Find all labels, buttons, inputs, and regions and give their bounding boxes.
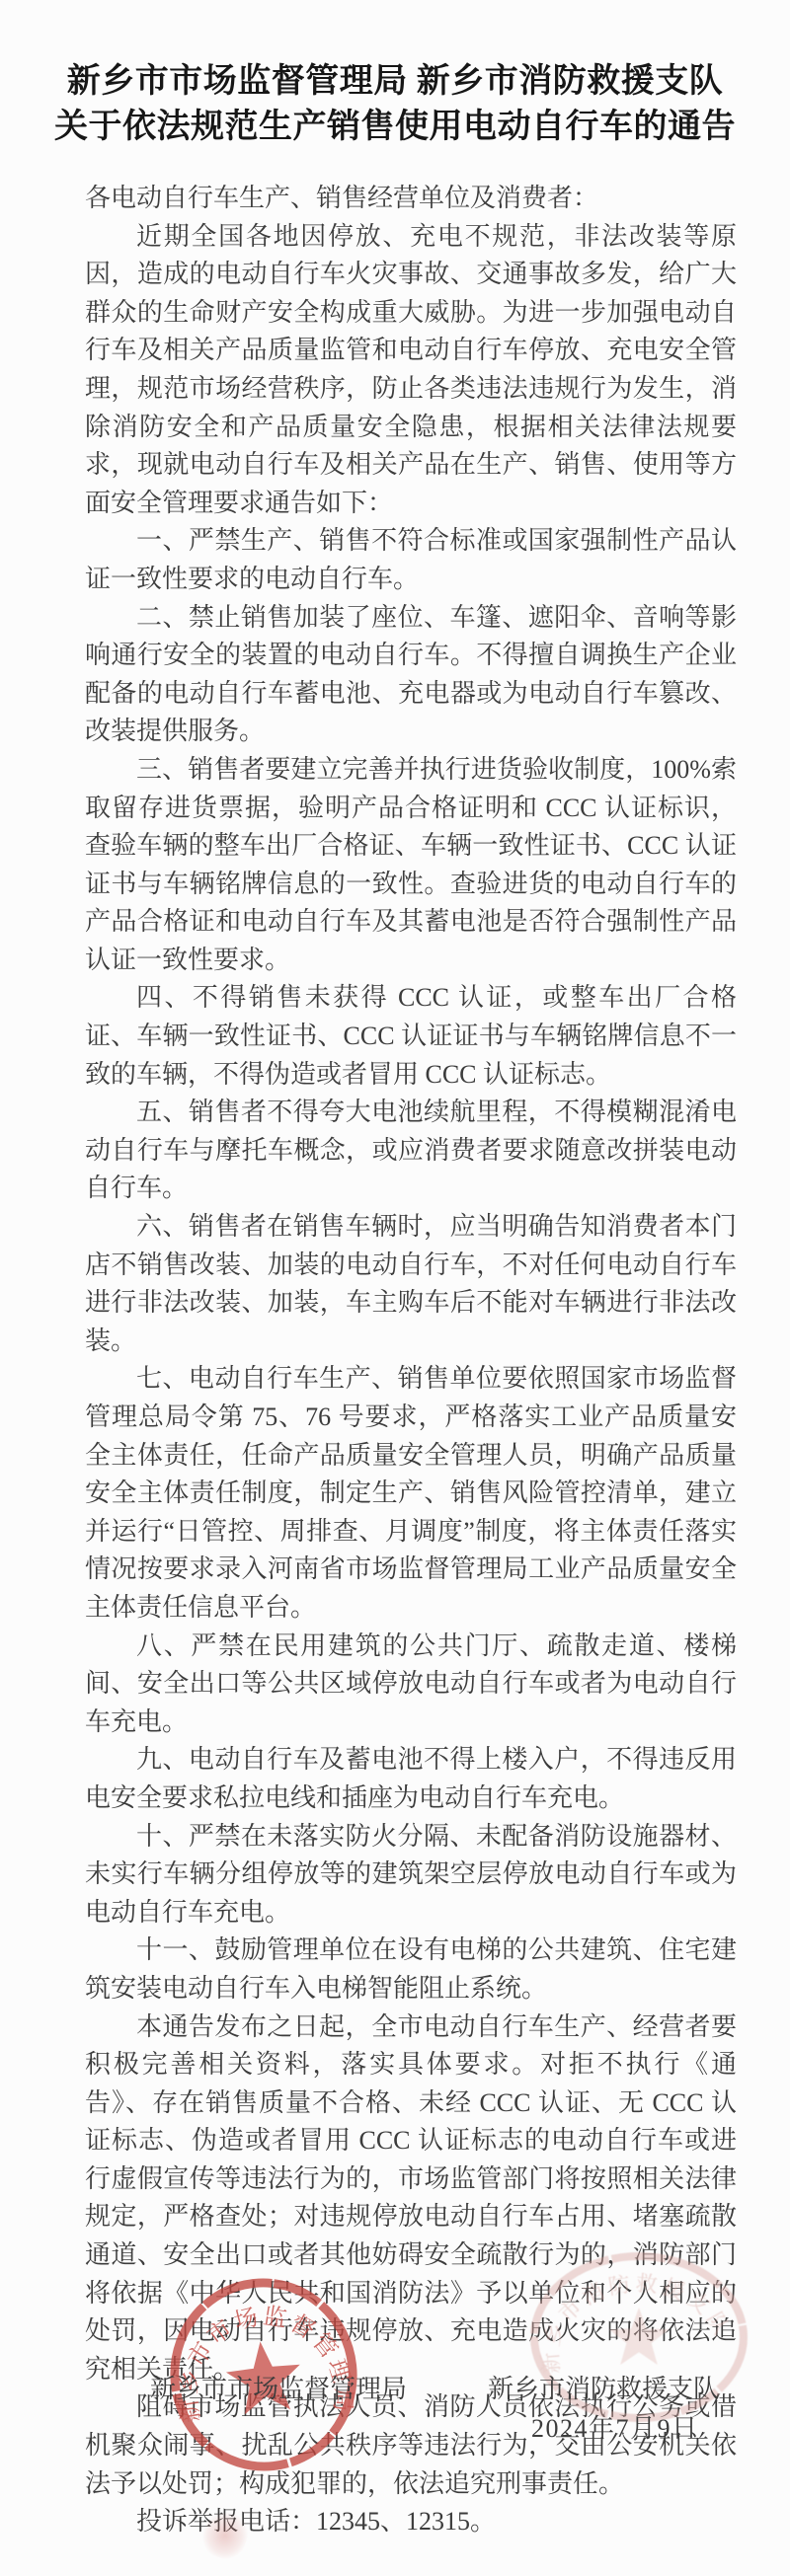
item-11: 十一、鼓励管理单位在设有电梯的公共建筑、住宅建筑安装电动自行车入电梯智能阻止系统… <box>85 1932 737 2008</box>
item-10: 十、严禁在未落实防火分隔、未配备消防设施器材、未实行车辆分组停放等的建筑架空层停… <box>85 1818 737 1932</box>
notice-title: 新乡市市场监督管理局 新乡市消防救援支队 关于依法规范生产销售使用电动自行车的通… <box>0 0 790 150</box>
issue-date: 2024年7月9日 <box>531 2408 699 2445</box>
notice-title-line1: 新乡市市场监督管理局 新乡市消防救援支队 <box>0 59 790 105</box>
item-1: 一、严禁生产、销售不符合标准或国家强制性产品认证一致性要求的电动自行车。 <box>85 522 737 598</box>
item-9: 九、电动自行车及蓄电池不得上楼入户，不得违反用电安全要求私拉电线和插座为电动自行… <box>85 1741 737 1817</box>
item-7: 七、电动自行车生产、销售单位要依照国家市场监督管理总局令第 75、76 号要求，… <box>85 1360 737 1627</box>
salutation: 各电动自行车生产、销售经营单位及消费者： <box>85 180 737 218</box>
item-4: 四、不得销售未获得 CCC 认证，或整车出厂合格证、车辆一致性证书、CCC 认证… <box>85 979 737 1094</box>
item-6: 六、销售者在销售车辆时，应当明确告知消费者本门店不销售改装、加装的电动自行车，不… <box>85 1208 737 1360</box>
complaint-hotline-line: 投诉举报电话：12345、12315。 <box>85 2503 737 2541</box>
notice-body: 各电动自行车生产、销售经营单位及消费者： 近期全国各地因停放、充电不规范，非法改… <box>85 180 737 2541</box>
notice-title-line2: 关于依法规范生产销售使用电动自行车的通告 <box>0 105 790 150</box>
item-2: 二、禁止销售加装了座位、车篷、遮阳伞、音响等影响通行安全的装置的电动自行车。不得… <box>85 599 737 751</box>
star-icon <box>609 2308 670 2365</box>
intro-paragraph: 近期全国各地因停放、充电不规范，非法改装等原因，造成的电动自行车火灾事故、交通事… <box>85 218 737 523</box>
item-5: 五、销售者不得夸大电池续航里程，不得模糊混淆电动自行车与摩托车概念，或应消费者要… <box>85 1094 737 1208</box>
item-3: 三、销售者要建立完善并执行进货验收制度，100%索取留存进货票据，验明产品合格证… <box>85 751 737 980</box>
issuer-right: 新乡市消防救援支队 <box>488 2369 719 2405</box>
issuer-left: 新乡市市场监督管理局 <box>150 2369 407 2405</box>
notice-document-page: 新乡市市场监督管理局 新乡市消防救援支队 关于依法规范生产销售使用电动自行车的通… <box>0 0 790 2576</box>
item-8: 八、严禁在民用建筑的公共门厅、疏散走道、楼梯间、安全出口等公共区域停放电动自行车… <box>85 1628 737 1742</box>
